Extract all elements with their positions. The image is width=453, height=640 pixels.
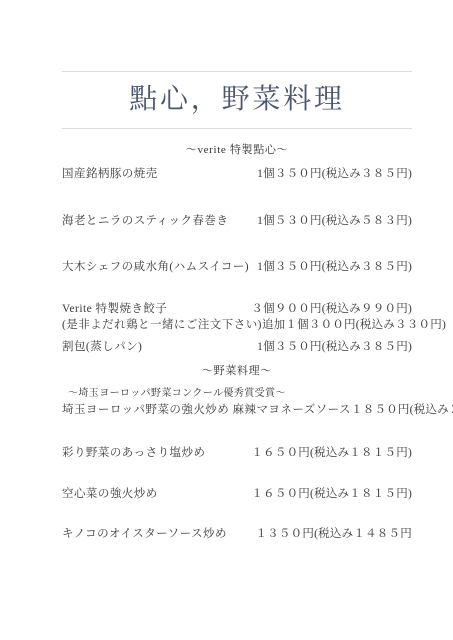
- title-divider: [62, 128, 412, 129]
- item-name: 彩り野菜のあっさり塩炒め: [62, 446, 205, 461]
- menu-item-row: 大木シェフの咸水角(ハムスイコー) 1個３５０円(税込み３８５円): [62, 260, 412, 275]
- item-name: 大木シェフの咸水角(ハムスイコー): [62, 260, 249, 275]
- item-name: 割包(蒸しパン): [62, 340, 142, 355]
- item-price: １６５０円(税込み１８１５円): [251, 446, 412, 461]
- page-title: 點心，野菜料理: [62, 80, 412, 118]
- top-divider: [62, 71, 412, 72]
- item-price: １８５０円(税込み２０３５円): [351, 403, 453, 418]
- item-price: 1個３５０円(税込み３８５円): [257, 167, 412, 182]
- item-price: 1個３５０円(税込み３８５円): [257, 340, 412, 355]
- item-name: Verite 特製焼き餃子: [62, 302, 167, 317]
- section-heading-dimsum: 〜verite 特製點心〜: [62, 143, 412, 158]
- item-name: キノコのオイスターソース炒め: [62, 527, 227, 542]
- menu-page: 點心，野菜料理 〜verite 特製點心〜 国産銘柄豚の焼売 1個３５０円(税込…: [0, 0, 453, 640]
- menu-item-note-row: (是非よだれ鶏と一緒にご注文下さい) 追加１個３００円(税込み３３０円): [62, 318, 412, 333]
- item-price: １６５０円(税込み１８１５円): [251, 487, 412, 502]
- menu-item-row: 国産銘柄豚の焼売 1個３５０円(税込み３８５円): [62, 167, 412, 182]
- menu-item-row: Verite 特製焼き餃子 ３個９００円(税込み９９０円): [62, 302, 412, 317]
- menu-item-row: 割包(蒸しパン) 1個３５０円(税込み３８５円): [62, 340, 412, 355]
- item-name: 埼玉ヨーロッパ野菜の強火炒め 麻辣マヨネーズソース: [62, 403, 351, 418]
- section-heading-vegetables: 〜野菜料理〜: [62, 364, 412, 379]
- item-note: (是非よだれ鶏と一緒にご注文下さい): [62, 318, 262, 333]
- item-price: 1個５３０円(税込み５８３円): [257, 214, 412, 229]
- menu-item-row: キノコのオイスターソース炒め １３５０円(税込み１４８５円: [62, 527, 412, 542]
- item-price: ３個９００円(税込み９９０円): [251, 302, 412, 317]
- menu-item-row: 彩り野菜のあっさり塩炒め １６５０円(税込み１８１５円): [62, 446, 412, 461]
- menu-item-row: 空心菜の強火炒め １６５０円(税込み１８１５円): [62, 487, 412, 502]
- menu-item-row: 海老とニラのスティック春巻き 1個５３０円(税込み５８３円): [62, 214, 412, 229]
- item-name: 空心菜の強火炒め: [62, 487, 158, 502]
- award-note: 〜埼玉ヨーロッパ野菜コンクール優秀賞受賞〜: [62, 387, 412, 400]
- item-name: 海老とニラのスティック春巻き: [62, 214, 228, 229]
- item-price: 1個３５０円(税込み３８５円): [257, 260, 412, 275]
- item-name: 国産銘柄豚の焼売: [62, 167, 158, 182]
- menu-content: 點心，野菜料理 〜verite 特製點心〜 国産銘柄豚の焼売 1個３５０円(税込…: [0, 71, 453, 542]
- item-price: １３５０円(税込み１４８５円: [255, 527, 412, 542]
- item-note-price: 追加１個３００円(税込み３３０円): [262, 318, 446, 333]
- menu-item-row: 埼玉ヨーロッパ野菜の強火炒め 麻辣マヨネーズソース １８５０円(税込み２０３５円…: [62, 403, 412, 418]
